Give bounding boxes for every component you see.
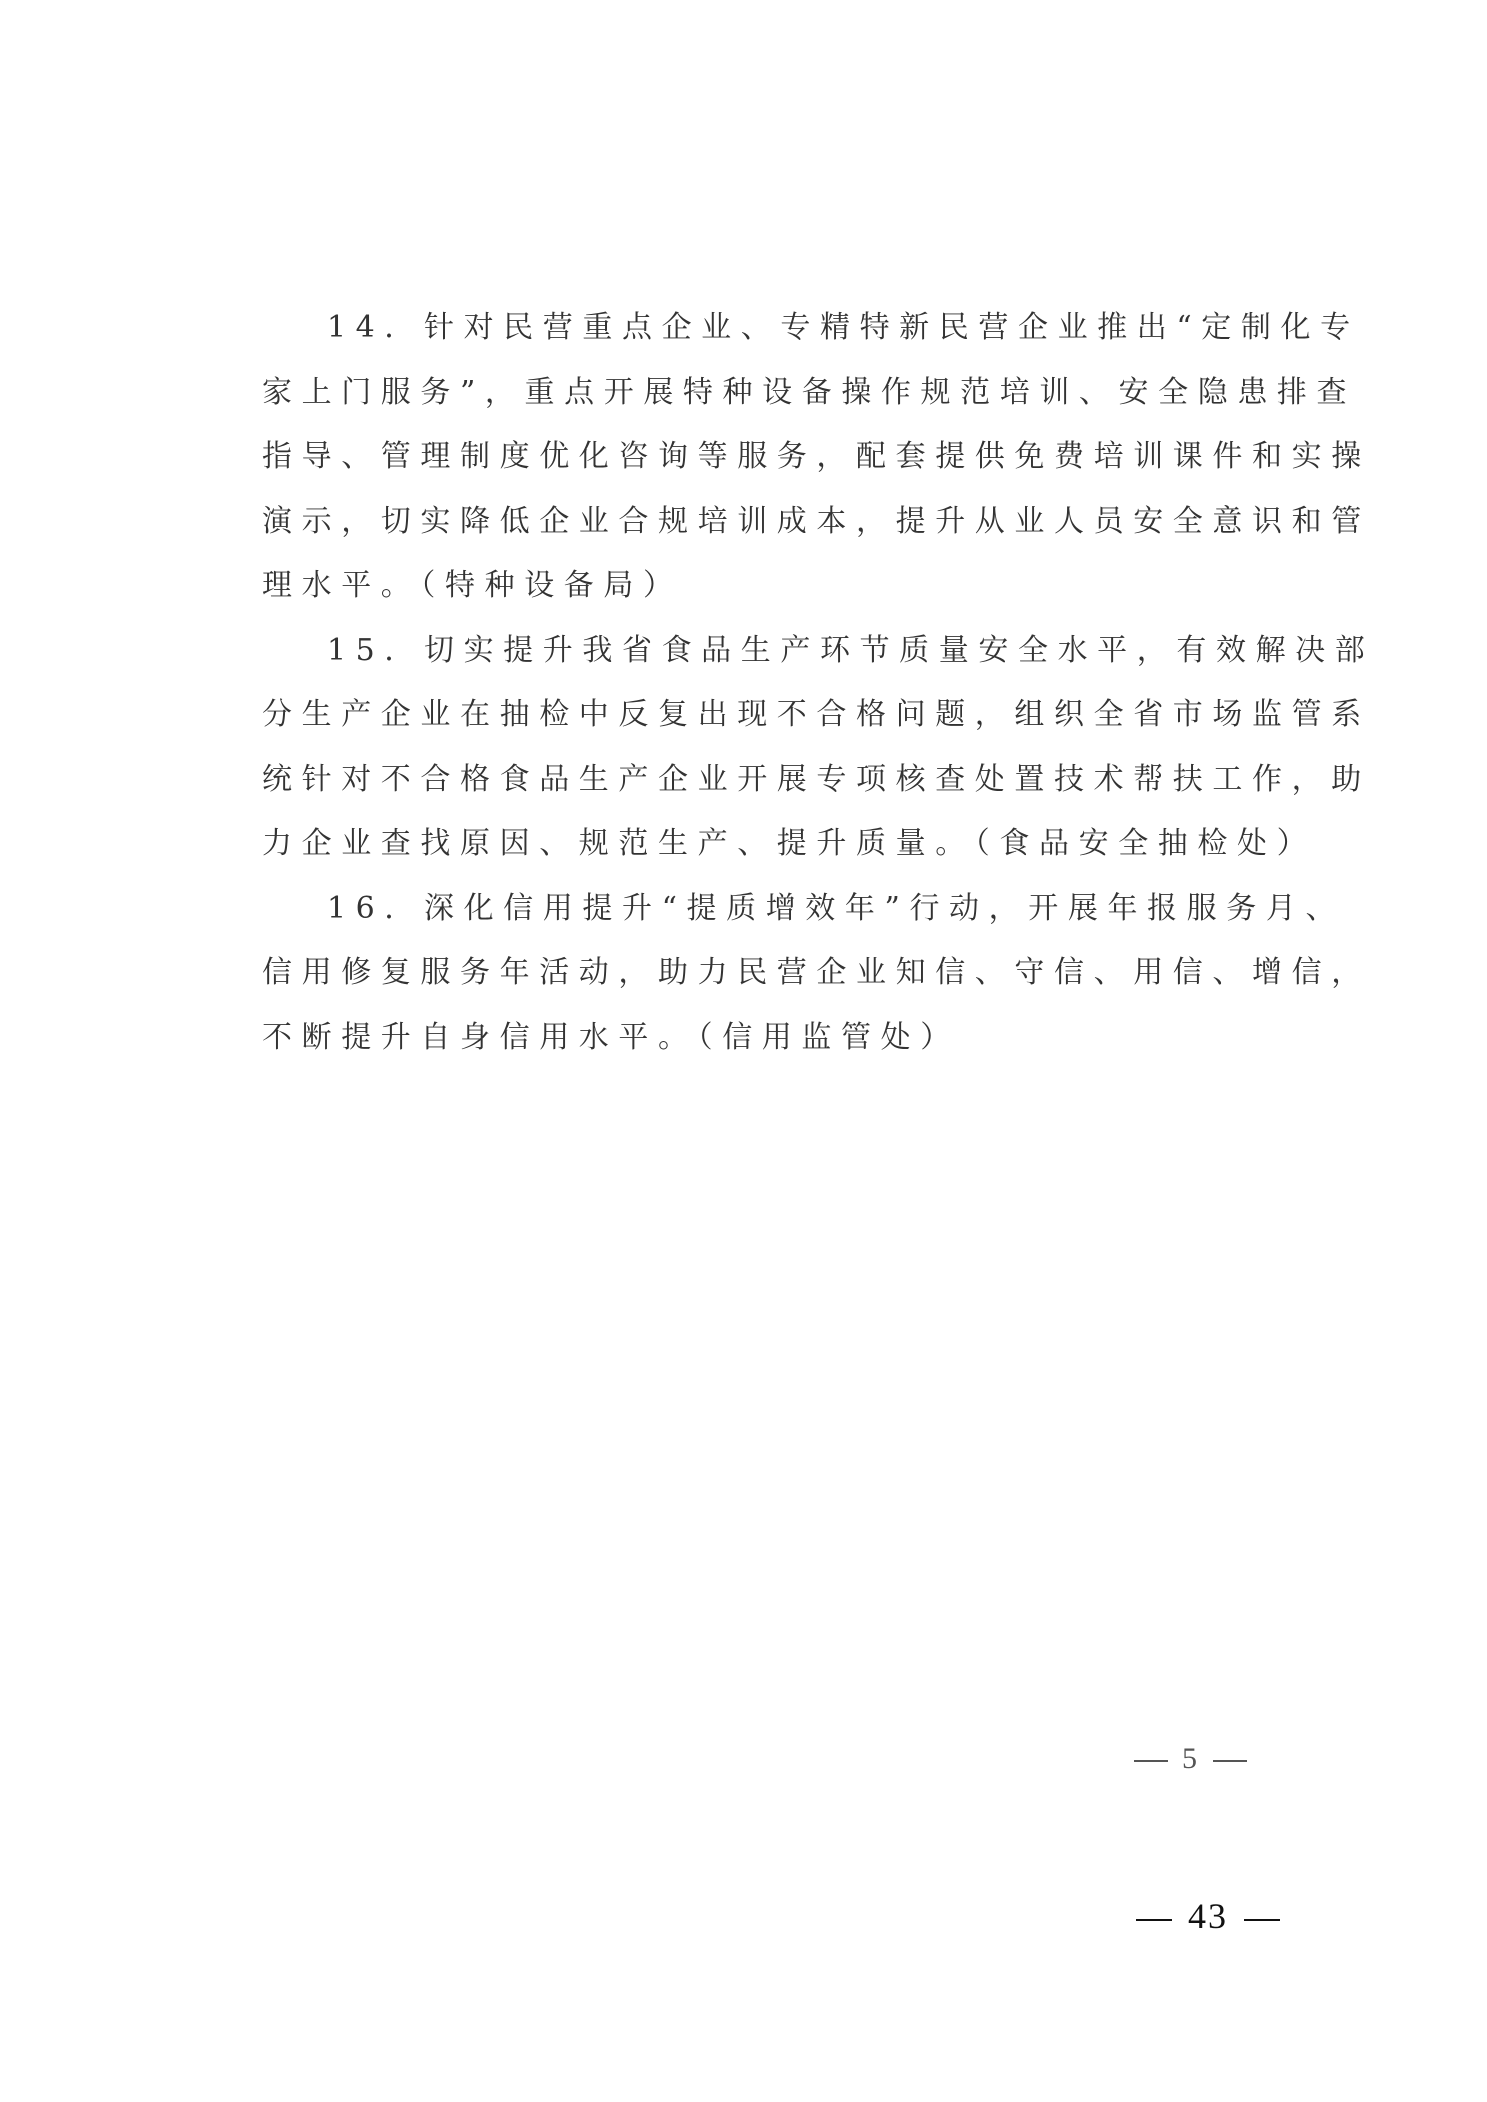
text-line: 家上门服务”，重点开展特种设备操作规范培训、安全隐患排查 xyxy=(262,361,1226,426)
text-line: 分生产企业在抽检中反复出现不合格问题，组织全省市场监管系 xyxy=(262,683,1226,748)
body-text: 14．针对民营重点企业、专精特新民营企业推出“定制化专 家上门服务”，重点开展特… xyxy=(262,296,1226,1070)
dash-left xyxy=(1134,1760,1168,1762)
text-line: 15．切实提升我省食品生产环节质量安全水平，有效解决部 xyxy=(262,619,1226,684)
dash-right xyxy=(1213,1760,1247,1762)
document-page: 14．针对民营重点企业、专精特新民营企业推出“定制化专 家上门服务”，重点开展特… xyxy=(0,0,1487,2102)
text-line: 指导、管理制度优化咨询等服务，配套提供免费培训课件和实操 xyxy=(262,425,1226,490)
outer-page-number-value: 43 xyxy=(1188,1896,1228,1936)
paragraph-15: 15．切实提升我省食品生产环节质量安全水平，有效解决部 分生产企业在抽检中反复出… xyxy=(262,619,1226,877)
paragraph-16: 16．深化信用提升“提质增效年”行动，开展年报服务月、 信用修复服务年活动，助力… xyxy=(262,877,1226,1071)
dash-left xyxy=(1136,1919,1172,1921)
inner-page-number: 5 xyxy=(1120,1742,1261,1776)
text-line: 14．针对民营重点企业、专精特新民营企业推出“定制化专 xyxy=(262,296,1226,361)
text-line: 信用修复服务年活动，助力民营企业知信、守信、用信、增信， xyxy=(262,941,1226,1006)
text-line: 不断提升自身信用水平。（信用监管处） xyxy=(262,1006,1226,1071)
outer-page-number: 43 xyxy=(1120,1895,1296,1937)
text-line: 理水平。（特种设备局） xyxy=(262,554,1226,619)
dash-right xyxy=(1244,1919,1280,1921)
text-line: 16．深化信用提升“提质增效年”行动，开展年报服务月、 xyxy=(262,877,1226,942)
inner-page-number-value: 5 xyxy=(1182,1742,1199,1775)
text-line: 演示，切实降低企业合规培训成本，提升从业人员安全意识和管 xyxy=(262,490,1226,555)
paragraph-14: 14．针对民营重点企业、专精特新民营企业推出“定制化专 家上门服务”，重点开展特… xyxy=(262,296,1226,619)
text-line: 力企业查找原因、规范生产、提升质量。（食品安全抽检处） xyxy=(262,812,1226,877)
text-line: 统针对不合格食品生产企业开展专项核查处置技术帮扶工作，助 xyxy=(262,748,1226,813)
